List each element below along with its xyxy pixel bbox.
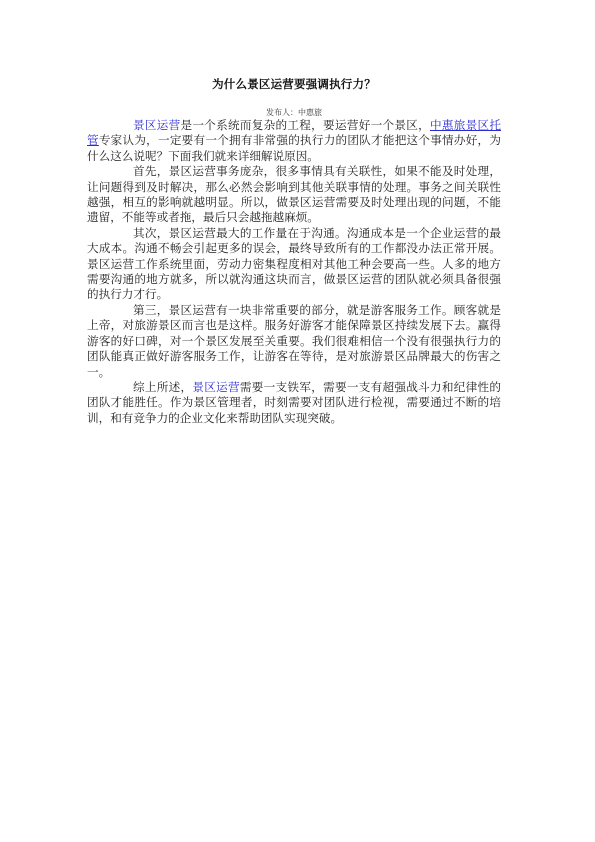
paragraph-text: 其次，景区运营最大的工作量在于沟通。沟通成本是一个企业运营的最大成本。沟通不畅会… [87, 226, 501, 302]
paragraph-first: 首先，景区运营事务庞杂，很多事情具有关联性，如果不能及时处理，让问题得到及时解决… [87, 164, 501, 226]
paragraph-third: 第三，景区运营有一块非常重要的部分，就是游客服务工作。顾客就是上帝，对旅游景区而… [87, 303, 501, 380]
paragraph-text: 是一个系统而复杂的工程，要运营好一个景区， [181, 118, 430, 132]
publisher-line: 发布人：中惠旅 [87, 108, 501, 118]
link-scenic-operation[interactable]: 景区运营 [133, 118, 181, 132]
document-page: 为什么景区运营要强调执行力？ 发布人：中惠旅 景区运营是一个系统而复杂的工程，要… [87, 76, 501, 426]
paragraph-text: 综上所述， [133, 380, 192, 394]
paragraph-conclusion: 综上所述，景区运营需要一支铁军，需要一支有超强战斗力和纪律性的团队才能胜任。作为… [87, 380, 501, 426]
paragraph-text: 首先，景区运营事务庞杂，很多事情具有关联性，如果不能及时处理，让问题得到及时解决… [87, 164, 501, 224]
link-scenic-operation[interactable]: 景区运营 [192, 380, 240, 394]
article-title: 为什么景区运营要强调执行力？ [87, 76, 501, 92]
paragraph-second: 其次，景区运营最大的工作量在于沟通。沟通成本是一个企业运营的最大成本。沟通不畅会… [87, 226, 501, 303]
paragraph-text: 专家认为，一定要有一个拥有非常强的执行力的团队才能把这个事情办好，为什么这么说呢… [87, 133, 501, 162]
paragraph-text: 第三，景区运营有一块非常重要的部分，就是游客服务工作。顾客就是上帝，对旅游景区而… [87, 303, 501, 379]
paragraph-intro: 景区运营是一个系统而复杂的工程，要运营好一个景区，中惠旅景区托管专家认为，一定要… [87, 118, 501, 164]
